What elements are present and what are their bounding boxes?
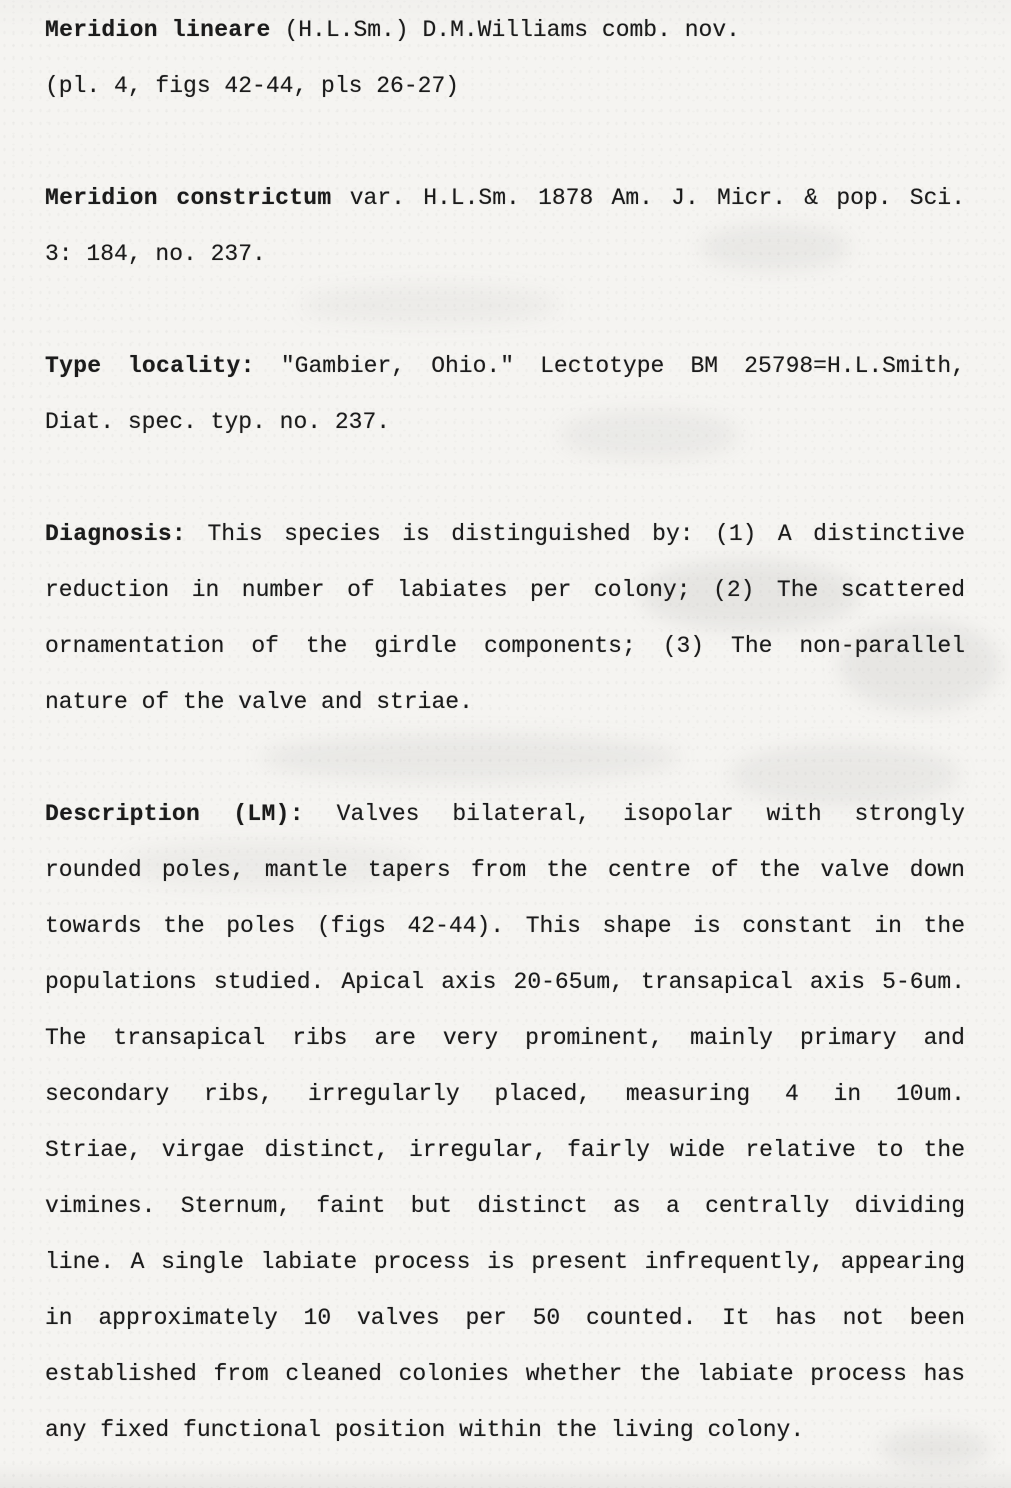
body-text: (H.L.Sm.) D.M.Williams comb. nov. [271, 17, 740, 43]
section-title: Meridion lineare (H.L.Sm.) D.M.Williams … [45, 2, 965, 114]
body-text: established from cleaned colonies whethe… [45, 1361, 965, 1387]
body-text: in approximately 10 valves per 50 counte… [45, 1305, 965, 1331]
bold-label-text: Description (LM): [45, 801, 304, 827]
text-line: nature of the valve and striae. [45, 674, 965, 730]
body-text: line. A single labiate process is presen… [45, 1249, 965, 1275]
bold-label-text: Meridion constrictum [45, 185, 332, 211]
text-line: 3: 184, no. 237. [45, 226, 965, 282]
text-line: in approximately 10 valves per 50 counte… [45, 1290, 965, 1346]
text-line: line. A single labiate process is presen… [45, 1234, 965, 1290]
section-diagnosis: Diagnosis: This species is distinguished… [45, 506, 965, 730]
text-line: Diagnosis: This species is distinguished… [45, 506, 965, 562]
body-text: ornamentation of the girdle components; … [45, 633, 965, 659]
body-text: Diat. spec. typ. no. 237. [45, 409, 390, 435]
text-line: towards the poles (figs 42-44). This sha… [45, 898, 965, 954]
text-line: rounded poles, mantle tapers from the ce… [45, 842, 965, 898]
bold-label-text: Meridion lineare [45, 17, 271, 43]
text-line: secondary ribs, irregularly placed, meas… [45, 1066, 965, 1122]
text-line: Striae, virgae distinct, irregular, fair… [45, 1122, 965, 1178]
text-line: The transapical ribs are very prominent,… [45, 1010, 965, 1066]
text-line: Description (LM): Valves bilateral, isop… [45, 786, 965, 842]
body-text: secondary ribs, irregularly placed, meas… [45, 1081, 965, 1107]
body-text: var. H.L.Sm. 1878 Am. J. Micr. & pop. Sc… [332, 185, 966, 211]
section-type-locality: Type locality: "Gambier, Ohio." Lectotyp… [45, 338, 965, 450]
body-text: nature of the valve and striae. [45, 689, 473, 715]
body-text: reduction in number of labiates per colo… [45, 577, 965, 603]
section-synonym-citation: Meridion constrictum var. H.L.Sm. 1878 A… [45, 170, 965, 282]
body-text: vimines. Sternum, faint but distinct as … [45, 1193, 965, 1219]
body-text: populations studied. Apical axis 20-65um… [45, 969, 965, 995]
text-line: vimines. Sternum, faint but distinct as … [45, 1178, 965, 1234]
body-text: Valves bilateral, isopolar with strongly [304, 801, 965, 827]
bold-label-text: Type locality: [45, 353, 255, 379]
text-line: Diat. spec. typ. no. 237. [45, 394, 965, 450]
body-text: (pl. 4, figs 42-44, pls 26-27) [45, 73, 459, 99]
text-line: established from cleaned colonies whethe… [45, 1346, 965, 1402]
text-line: populations studied. Apical axis 20-65um… [45, 954, 965, 1010]
text-line: Meridion constrictum var. H.L.Sm. 1878 A… [45, 170, 965, 226]
text-line: any fixed functional position within the… [45, 1402, 965, 1458]
text-line: Type locality: "Gambier, Ohio." Lectotyp… [45, 338, 965, 394]
body-text: rounded poles, mantle tapers from the ce… [45, 857, 965, 883]
body-text: Striae, virgae distinct, irregular, fair… [45, 1137, 965, 1163]
text-line: reduction in number of labiates per colo… [45, 562, 965, 618]
document-text: Meridion lineare (H.L.Sm.) D.M.Williams … [45, 2, 965, 1458]
text-line: Meridion lineare (H.L.Sm.) D.M.Williams … [45, 2, 965, 58]
body-text: towards the poles (figs 42-44). This sha… [45, 913, 965, 939]
body-text: This species is distinguished by: (1) A … [186, 521, 965, 547]
bold-label-text: Diagnosis: [45, 521, 186, 547]
section-description-lm: Description (LM): Valves bilateral, isop… [45, 786, 965, 1458]
body-text: The transapical ribs are very prominent,… [45, 1025, 965, 1051]
body-text: 3: 184, no. 237. [45, 241, 266, 267]
text-line: (pl. 4, figs 42-44, pls 26-27) [45, 58, 965, 114]
body-text: any fixed functional position within the… [45, 1417, 804, 1443]
body-text: "Gambier, Ohio." Lectotype BM 25798=H.L.… [255, 353, 965, 379]
text-line: ornamentation of the girdle components; … [45, 618, 965, 674]
